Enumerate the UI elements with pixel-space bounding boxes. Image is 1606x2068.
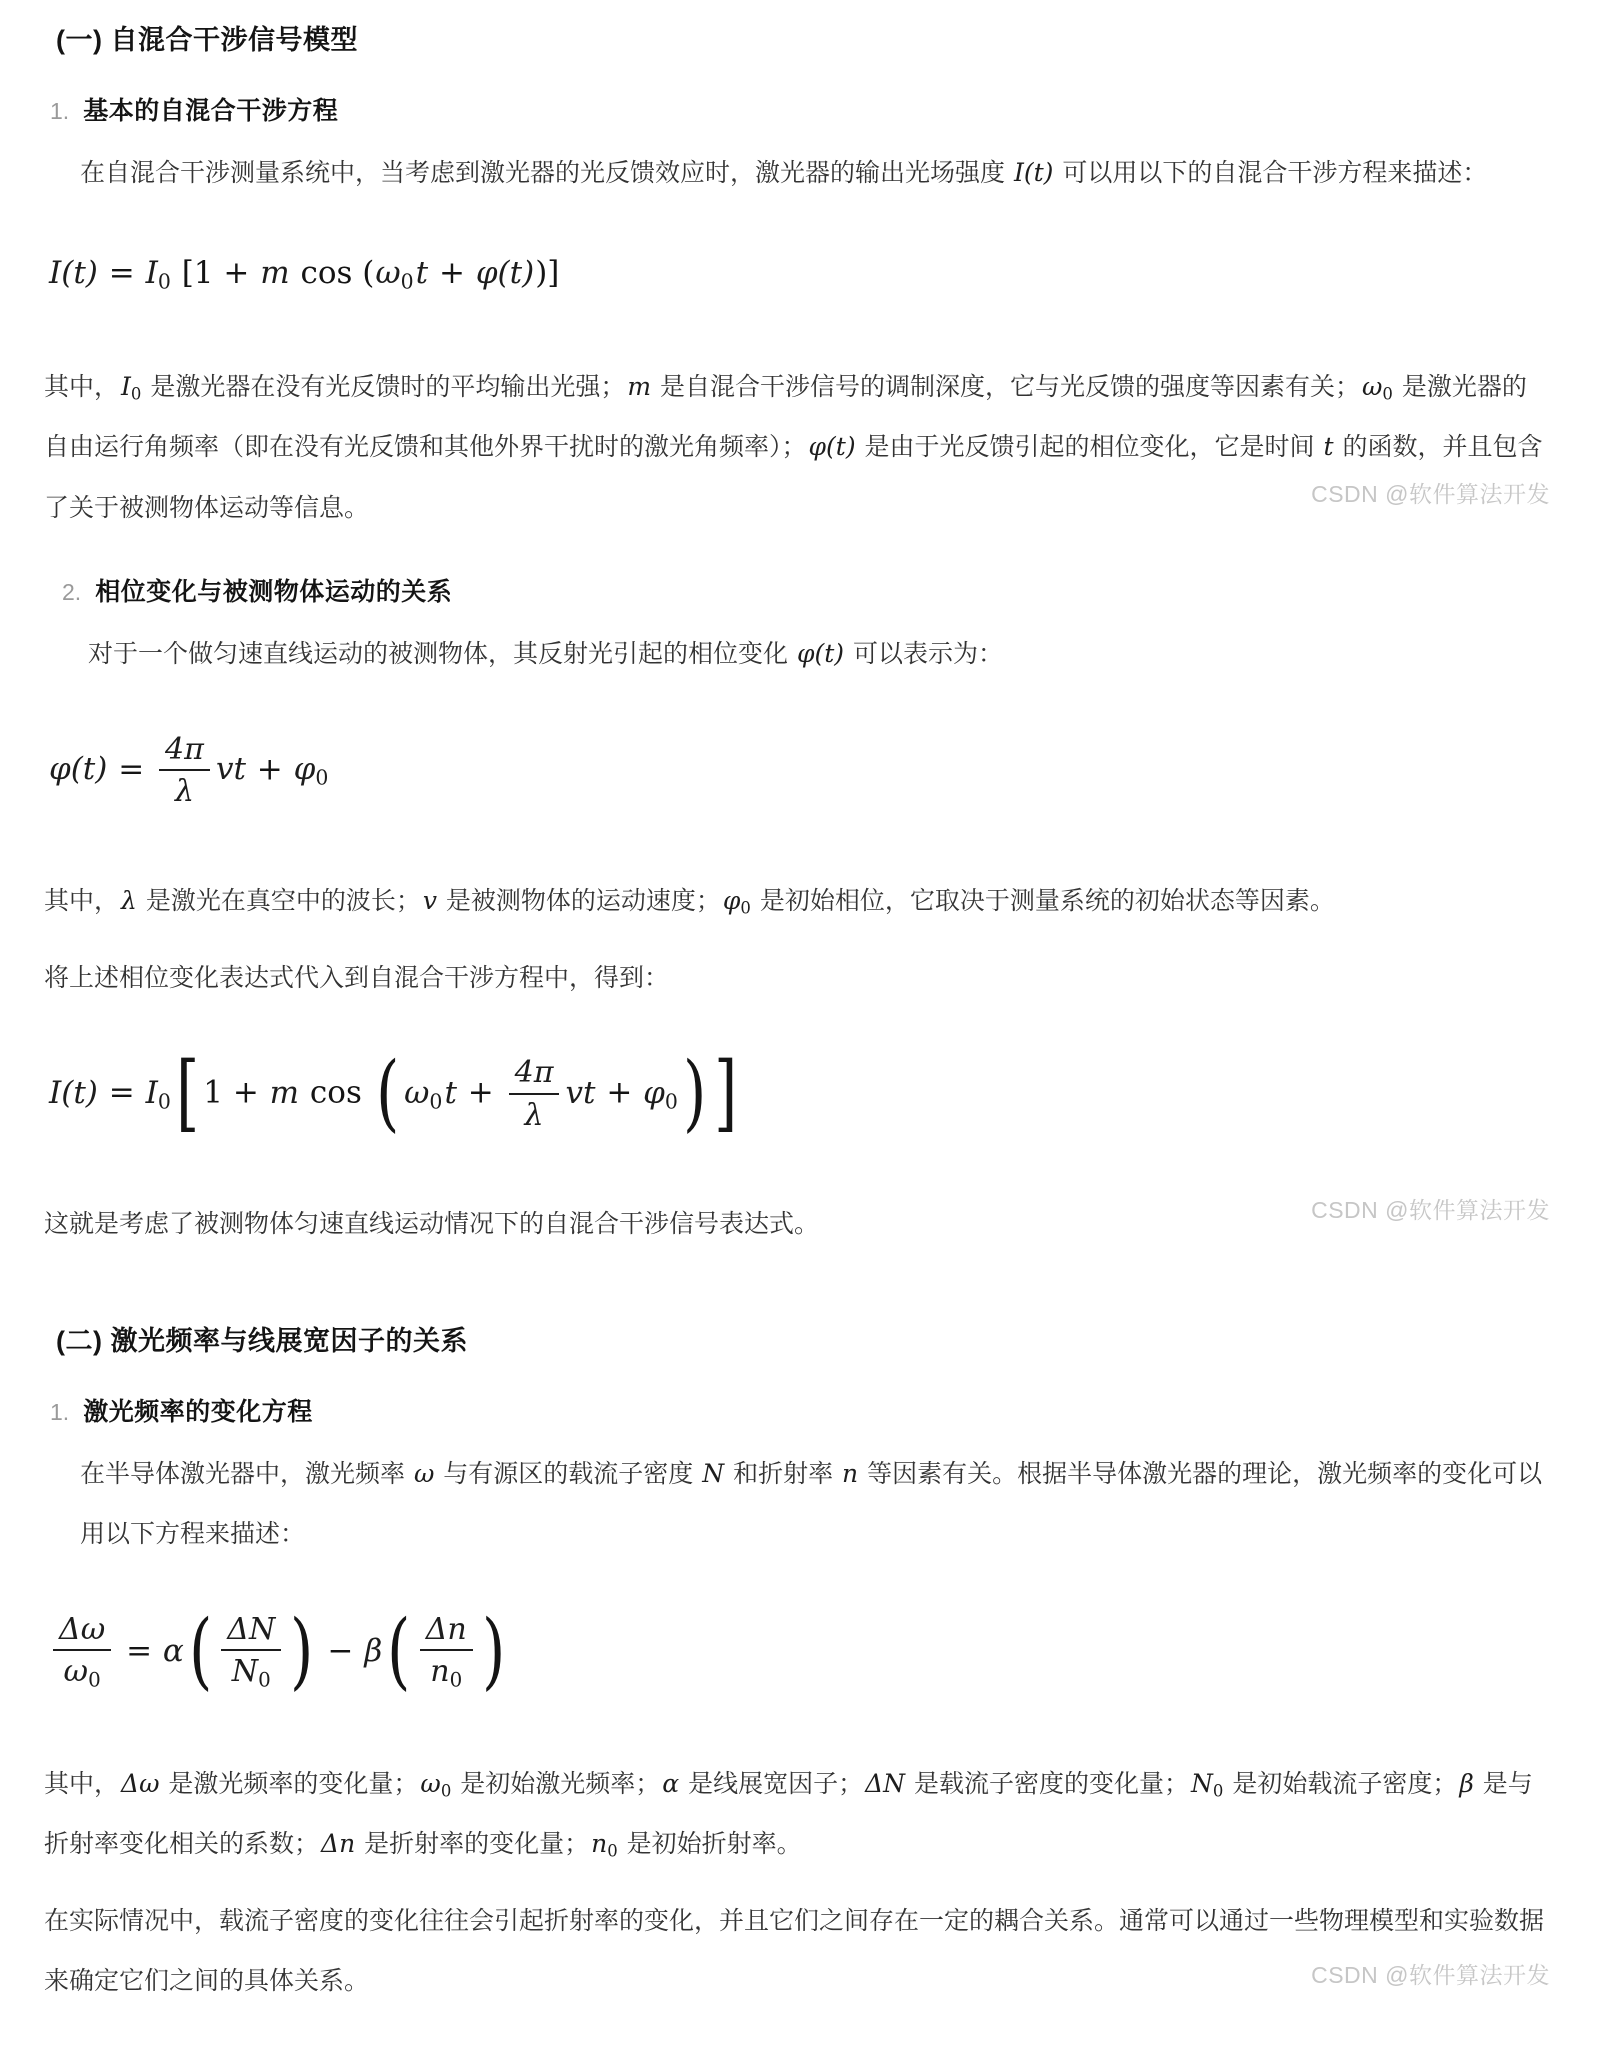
csdn-watermark: CSDN @软件算法开发 (1311, 1948, 1550, 2004)
list-number: 1. (50, 1399, 69, 1426)
paragraph-coupling: 在实际情况中，载流子密度的变化往往会引起折射率的变化，并且它们之间存在一定的耦合… (44, 1891, 1550, 2012)
list-item-title: 相位变化与被测物体运动的关系 (95, 572, 452, 608)
paragraph-substitute: 将上述相位变化表达式代入到自混合干涉方程中，得到： (44, 948, 1550, 1009)
section-2-heading: (二) 激光频率与线展宽因子的关系 (56, 1319, 1550, 1358)
paragraph-phase-params: 其中，λ 是激光在真空中的波长；v 是被测物体的运动速度；φ0 是初始相位，它取… (44, 871, 1550, 932)
paragraph-smi-conclusion: 这就是考虑了被测物体匀速直线运动情况下的自混合干涉信号表达式。CSDN @软件算… (44, 1194, 1550, 1255)
list-item-title: 基本的自混合干涉方程 (83, 91, 338, 127)
paragraph-freq-intro: 在半导体激光器中，激光频率 ω 与有源区的载流子密度 N 和折射率 n 等因素有… (80, 1444, 1550, 1565)
formula-basic-smi: I(t) = I0 [1 + m cos (ω0t + φ(t))] (48, 250, 1550, 297)
list-item-phase-relation: 2. 相位变化与被测物体运动的关系 (62, 572, 1550, 608)
list-item-frequency-equation: 1. 激光频率的变化方程 (50, 1392, 1550, 1428)
list-item-title: 激光频率的变化方程 (83, 1392, 313, 1428)
csdn-watermark: CSDN @软件算法开发 (1311, 467, 1550, 523)
paragraph-smi-intro: 在自混合干涉测量系统中，当考虑到激光器的光反馈效应时，激光器的输出光场强度 I(… (80, 143, 1550, 204)
article-content: (一) 自混合干涉信号模型 1. 基本的自混合干涉方程 在自混合干涉测量系统中，… (0, 0, 1606, 2068)
list-number: 1. (50, 98, 69, 125)
paragraph-phase-intro: 对于一个做匀速直线运动的被测物体，其反射光引起的相位变化 φ(t) 可以表示为： (88, 624, 1550, 685)
list-item-basic-equation: 1. 基本的自混合干涉方程 (50, 91, 1550, 127)
formula-phase-change: φ(t) = 4πλvt + φ0 (48, 731, 1550, 811)
csdn-watermark: CSDN @软件算法开发 (1311, 1183, 1550, 1239)
section-1-heading: (一) 自混合干涉信号模型 (56, 18, 1550, 57)
formula-frequency-linewidth: Δωω0 = α(ΔNN0) − β(Δnn0) (48, 1611, 1550, 1694)
paragraph-freq-params: 其中，Δω 是激光频率的变化量；ω0 是初始激光频率；α 是线展宽因子；ΔN 是… (44, 1754, 1550, 1875)
paragraph-smi-params: 其中，I0 是激光器在没有光反馈时的平均输出光强；m 是自混合干涉信号的调制深度… (44, 357, 1550, 539)
formula-combined-smi: I(t) = I0[1 + m cos (ω0t + 4πλvt + φ0)] (48, 1054, 1550, 1134)
paragraph-text: 这就是考虑了被测物体匀速直线运动情况下的自混合干涉信号表达式。 (44, 1210, 819, 1238)
list-number: 2. (62, 579, 81, 606)
